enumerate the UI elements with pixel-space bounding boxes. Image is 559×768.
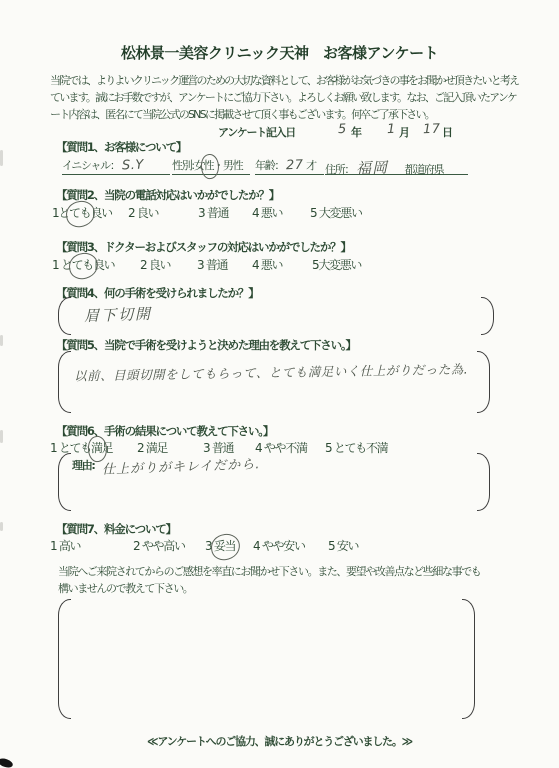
q4-answer-box: 眉下切開 — [0, 297, 559, 335]
bracket-left-icon — [58, 453, 71, 511]
q3-option-3: 3 普通 — [197, 256, 227, 273]
q2-option-4: 4 悪い — [252, 204, 282, 221]
bracket-right-icon — [477, 351, 490, 413]
q2-heading: 【質問2、当院の電話対応はいかがでしたか？】 — [56, 187, 279, 203]
q7-option-3: 3 妥当 — [205, 537, 235, 554]
pen-circle-q2: ても — [69, 204, 90, 221]
q7-option-1: 1 高い — [50, 537, 80, 554]
date-month-unit: 月 — [399, 124, 409, 140]
q2-option-1: 1とても良い — [52, 204, 112, 221]
gender-field: 性別:女性・男性 — [172, 157, 250, 175]
q2-options-row: 1とても良い 2 良い 3 普通 4 悪い 5 大変悪い — [0, 204, 559, 224]
q7-option-5: 5 安い — [328, 537, 358, 554]
q2-option-1-circled: ても — [69, 206, 90, 220]
q3-option-1-circled: ても — [72, 258, 93, 272]
initial-label: イニシャル： — [62, 159, 120, 172]
q3-option-5: 5大変悪い — [312, 256, 361, 273]
q5-answer-box: 以前、目頭切開をしてもらって、とても満足いく仕上がりだった為. — [0, 351, 559, 413]
pen-circle-q7: 妥当 — [214, 537, 235, 554]
initial-value: S.Y — [121, 158, 143, 174]
q6-heading: 【質問6、手術の結果について教えて下さい。】 — [56, 423, 273, 439]
q7-heading: 【質問7、料金について】 — [56, 521, 176, 537]
age-field: 年齢： 27 才 — [255, 157, 324, 175]
age-value: 27 — [286, 158, 304, 174]
scan-artifact-smudge — [0, 335, 3, 346]
scan-artifact-smudge — [0, 150, 3, 166]
q2-option-3: 3 普通 — [198, 204, 228, 221]
q6-reason-label: 理由: — [72, 457, 95, 473]
date-label: アンケート記入日 — [218, 124, 295, 140]
intro-line-2: ています。誠にお手数ですが、アンケートにご協力下さい。よろしくお願い致します。な… — [50, 89, 518, 106]
age-unit: 才 — [306, 159, 316, 172]
intro-line-3: ート内容は、匿名にて当院公式のSNSに掲載させて頂く事もございます。何卒ご了承下… — [50, 106, 518, 123]
gender-circled-char: 性 — [204, 159, 214, 172]
q2-option-5: 5 大変悪い — [310, 204, 362, 221]
bracket-right-icon — [462, 599, 475, 719]
q3-option-2: 2 良い — [140, 256, 170, 273]
address-unit: 都道府県 — [405, 163, 444, 176]
feedback-prompt-line-1: 当院へご来院されてからのご感想を率直にお聞かせ下さい。また、要望や改善点など些細… — [58, 563, 480, 580]
q2-option-2: 2 良い — [128, 204, 158, 221]
feedback-prompt: 当院へご来院されてからのご感想を率直にお聞かせ下さい。また、要望や改善点など些細… — [58, 563, 480, 597]
date-year-value: 5 — [338, 122, 347, 137]
scanned-survey-sheet: 松林景一美容クリニック天神 お客様アンケート 当院では、よりよいクリニック運営の… — [0, 0, 559, 768]
bracket-right-icon — [477, 453, 490, 511]
bracket-right-icon — [481, 297, 494, 335]
q5-answer-handwriting: 以前、目頭切開をしてもらって、とても満足いく仕上がりだった為. — [74, 360, 468, 385]
q3-heading: 【質問3、ドクターおよびスタッフの対応はいかがでしたか？】 — [56, 239, 351, 255]
scan-artifact-smudge — [0, 430, 3, 443]
q6-reason-box: 理由: 仕上がりがキレイだから. — [0, 453, 559, 511]
q7-option-4: 4 やや安い — [253, 537, 305, 554]
page-title: 松林景一美容クリニック天神 お客様アンケート — [0, 42, 559, 63]
gender-label: 性別: — [172, 159, 194, 172]
initial-field: イニシャル： S.Y — [62, 157, 170, 175]
bracket-left-icon — [58, 599, 71, 719]
q3-option-1: 1 とても良い — [52, 256, 114, 273]
bracket-left-icon — [58, 297, 71, 335]
address-value: 福岡 — [356, 156, 389, 178]
q7-option-2: 2 やや高い — [133, 537, 185, 554]
address-field: 住所： 福岡 都道府県 — [325, 157, 468, 175]
thanks-note: ≪アンケートへのご協力、誠にありがとうございました。≫ — [0, 733, 559, 749]
age-label: 年齢： — [255, 159, 284, 172]
q1-heading: 【質問1、お客様について】 — [56, 139, 186, 155]
q7-options-row: 1 高い 2 やや高い 3 妥当 4 やや安い 5 安い — [0, 537, 559, 557]
date-year-unit: 年 — [351, 124, 361, 140]
feedback-box — [0, 599, 559, 719]
pen-circle-q3: ても — [72, 256, 93, 273]
address-label: 住所： — [325, 163, 354, 176]
q1-fields-row: イニシャル： S.Y 性別:女性・男性 年齢： 27 才 住所： 福岡 都道府県 — [0, 157, 559, 177]
date-month-value: 1 — [387, 122, 396, 137]
q3-option-4: 4 悪い — [252, 256, 282, 273]
scan-artifact-blob — [0, 757, 14, 768]
q6-reason-handwriting: 仕上がりがキレイだから. — [102, 453, 261, 478]
date-day-unit: 日 — [442, 124, 452, 140]
q4-answer-handwriting: 眉下切開 — [84, 303, 153, 326]
intro-line-1: 当院では、よりよいクリニック運営のための大切な資料として、お客様がお気づきの事を… — [50, 72, 518, 89]
date-day-value: 17 — [423, 122, 441, 138]
q7-option-3-circled: 妥当 — [214, 539, 235, 553]
pen-circle-gender: 性 — [204, 157, 214, 173]
intro-paragraph: 当院では、よりよいクリニック運営のための大切な資料として、お客様がお気づきの事を… — [50, 72, 518, 123]
scan-artifact-smudge — [0, 522, 3, 531]
bracket-left-icon — [58, 351, 71, 413]
feedback-prompt-line-2: 構いませんので教えて下さい。 — [58, 580, 480, 597]
q3-options-row: 1 とても良い 2 良い 3 普通 4 悪い 5大変悪い — [0, 256, 559, 276]
